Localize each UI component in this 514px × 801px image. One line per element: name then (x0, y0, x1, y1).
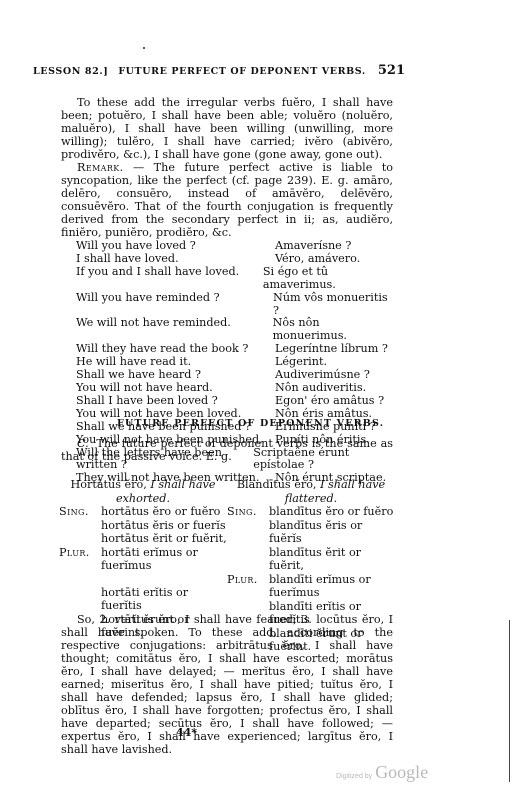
form: hortāti erĭmus or fuerĭmus (101, 546, 227, 573)
digitized-watermark: Digitized by Google (336, 762, 428, 783)
singular-label: Sing. (227, 505, 269, 573)
pair-row: Will you have loved ?Amaverísne ? (76, 240, 396, 253)
english-sentence: Will you have reminded ? (76, 292, 273, 318)
verb-heading: Hortātus ĕro, I shall have exhorted. (59, 478, 227, 505)
intro-paragraph: To these add the irregular verbs fuĕro, … (61, 96, 393, 161)
latin-sentence: Núm vôs monueritis ? (273, 292, 396, 318)
form: hortāti erĭtis or fuerĭtis (101, 586, 227, 613)
pair-row: If you and I shall have loved.Si égo et … (76, 266, 396, 292)
form: blandīti erĭmus or fuerĭmus (269, 573, 395, 600)
lesson-label: LESSON 82.] (33, 66, 108, 77)
book-page: LESSON 82.] FUTURE PERFECT OF DEPONENT V… (0, 0, 514, 801)
verb-latin: Hortātus ĕro, (71, 478, 147, 491)
remark-paragraph: Remark. — The future perfect active is l… (61, 161, 393, 239)
latin-sentence: Si égo et tû amaverimus. (263, 266, 396, 292)
section-text: The future perfect of deponent verbs is … (61, 437, 393, 463)
pair-row: You will not have heard.Nôn audiveritis. (76, 382, 396, 395)
pair-row: We will not have reminded.Nôs nôn monuer… (76, 317, 396, 343)
english-sentence: If you and I shall have loved. (76, 266, 263, 292)
english-sentence: We will not have reminded. (76, 317, 273, 343)
section-heading: FUTURE PERFECT OF DEPONENT VERBS. (117, 418, 384, 429)
latin-sentence: Nôs nôn monuerimus. (273, 317, 396, 343)
singular-forms: blandītus ĕro or fuĕro blandītus ĕris or… (269, 505, 395, 573)
intro-text: To these add the irregular verbs fuĕro, … (61, 96, 393, 239)
pair-row: Shall I have been loved ?Egon' éro amâtu… (76, 395, 396, 408)
singular-label: Sing. (59, 505, 101, 546)
section-intro: C. The future perfect of deponent verbs … (61, 437, 393, 463)
remark-label: Remark. (77, 161, 124, 174)
english-sentence: Will you have loved ? (76, 240, 275, 253)
google-logo: Google (375, 762, 428, 783)
pair-row: I shall have loved.Véro, amávero. (76, 253, 396, 266)
form: hortātus ĕrit or fuĕrit, (101, 532, 227, 546)
verb-heading: Blandītus ĕro, I shall have flattered. (227, 478, 395, 505)
form: hortātus ĕris or fuerĭs (101, 519, 227, 533)
latin-sentence: Amaverísne ? (275, 240, 351, 253)
closing-paragraph: So, 2. verĭtus ĕro, I shall have feared;… (61, 613, 393, 756)
singular-block: Sing. blandītus ĕro or fuĕro blandītus ĕ… (227, 505, 395, 573)
closing-text: So, 2. verĭtus ĕro, I shall have feared;… (61, 613, 393, 756)
latin-sentence: Véro, amávero. (275, 253, 360, 266)
verb-latin: Blandītus ĕro, (237, 478, 317, 491)
pair-row: Will you have reminded ?Núm vôs monuerit… (76, 292, 396, 318)
signature-mark: 44* (176, 726, 197, 739)
form: hortātus ĕro or fuĕro (101, 505, 227, 519)
english-sentence: Shall I have been loved ? (76, 395, 275, 408)
section-label: C. (77, 437, 89, 450)
latin-sentence: Nôn audiveritis. (275, 382, 366, 395)
page-edge-line (509, 620, 510, 782)
singular-forms: hortātus ĕro or fuĕro hortātus ĕris or f… (101, 505, 227, 546)
watermark-prefix: Digitized by (336, 773, 372, 780)
form: blandītus ĕrit or fuĕrit, (269, 546, 395, 573)
form: blandītus ĕro or fuĕro (269, 505, 395, 519)
form: blandītus ĕris or fuĕrĭs (269, 519, 395, 546)
header-title: FUTURE PERFECT OF DEPONENT VERBS. (118, 66, 365, 77)
latin-sentence: Egon' éro amâtus ? (275, 395, 384, 408)
ink-speck (143, 47, 145, 49)
page-number: 521 (378, 63, 405, 78)
running-header: LESSON 82.] FUTURE PERFECT OF DEPONENT V… (33, 63, 405, 78)
english-sentence: You will not have heard. (76, 382, 275, 395)
section-paragraph: C. The future perfect of deponent verbs … (61, 437, 393, 463)
english-sentence: I shall have loved. (76, 253, 275, 266)
singular-block: Sing. hortātus ĕro or fuĕro hortātus ĕri… (59, 505, 227, 546)
